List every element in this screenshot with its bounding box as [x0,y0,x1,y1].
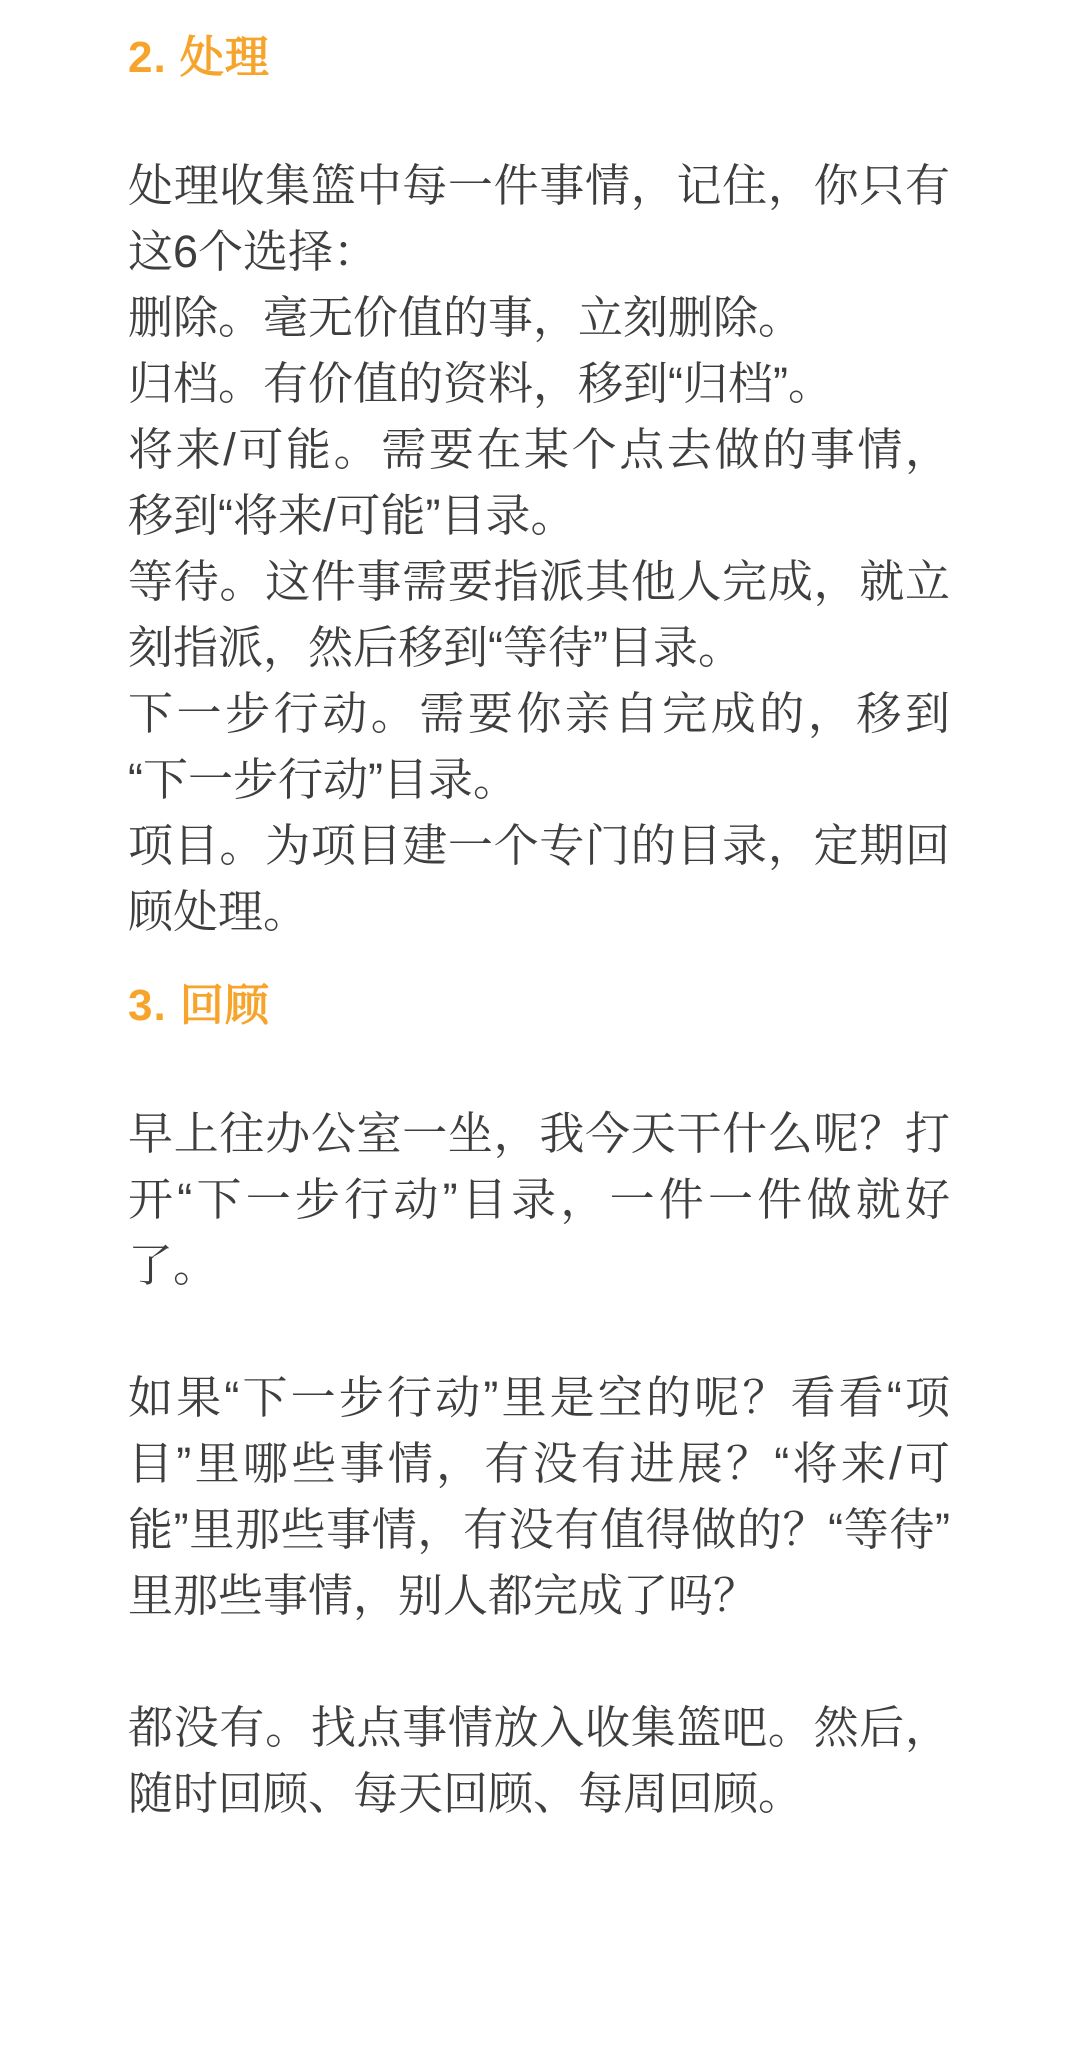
body-paragraph: 早上往办公室一坐，我今天干什么呢？打开“下一步行动”目录，一件一件做就好了。 [128,1101,950,1299]
section-heading-process: 2. 处理 [128,27,950,89]
article-page: 2. 处理 处理收集篮中每一件事情，记住，你只有这6个选择： 删除。毫无价值的事… [0,0,1080,2065]
section-process: 2. 处理 处理收集篮中每一件事情，记住，你只有这6个选择： 删除。毫无价值的事… [128,27,950,945]
body-paragraph: 如果“下一步行动”里是空的呢？看看“项目”里哪些事情，有没有进展？“将来/可能”… [128,1365,950,1629]
section-review: 3. 回顾 早上往办公室一坐，我今天干什么呢？打开“下一步行动”目录，一件一件做… [128,975,950,1827]
body-paragraph: 处理收集篮中每一件事情，记住，你只有这6个选择： 删除。毫无价值的事，立刻删除。… [128,153,950,945]
section-heading-review: 3. 回顾 [128,975,950,1037]
body-paragraph: 都没有。找点事情放入收集篮吧。然后，随时回顾、每天回顾、每周回顾。 [128,1695,950,1827]
